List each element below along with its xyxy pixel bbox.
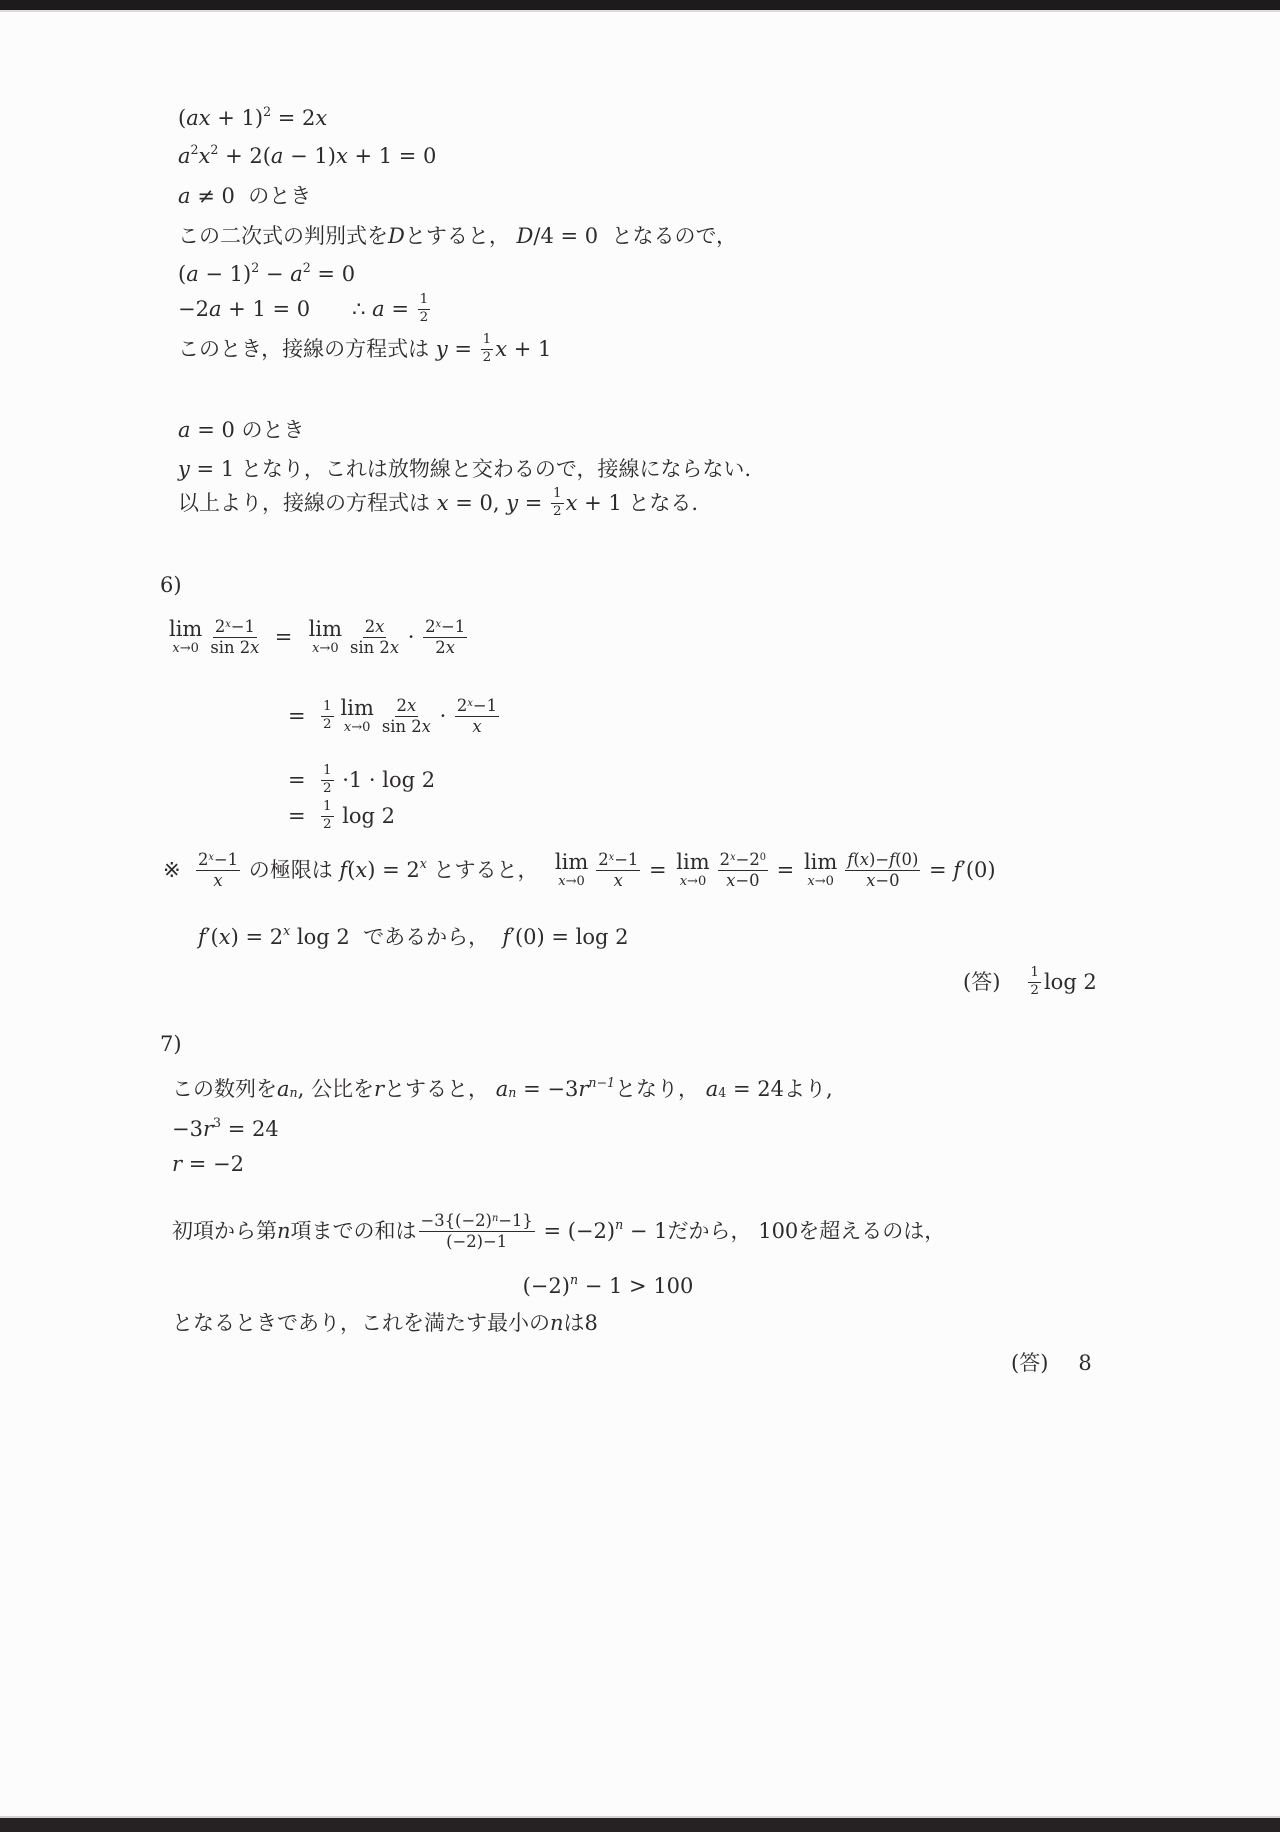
text-run: x — [680, 875, 687, 888]
text-run: − 1) — [199, 262, 252, 287]
text-run: 2 — [365, 618, 375, 635]
text-run: a — [271, 144, 284, 169]
text-run: − 1 — [623, 1219, 667, 1244]
fraction-numerator: 1 — [551, 487, 564, 504]
text-run: を超えるのは， — [798, 1219, 945, 1244]
text-run: ·1 · log 2 — [336, 768, 436, 793]
text-run: x — [312, 642, 319, 655]
limit-word: lim — [804, 852, 837, 873]
text-run: 2 — [420, 311, 429, 325]
text-run: y — [436, 337, 448, 362]
text-run: となるので， — [611, 224, 737, 249]
fraction-numerator: 2x−20 — [718, 851, 768, 871]
text-run: f — [502, 925, 510, 950]
text-run: 2 — [598, 851, 608, 868]
text-run: −0 — [875, 872, 899, 889]
text-run: = — [770, 858, 801, 883]
limit-line-2: = 12limx→02xsin 2x · 2x−1x — [288, 697, 501, 736]
text-run: −3{(−2) — [421, 1212, 492, 1229]
case-a-nonzero: a ≠ 0 のとき — [178, 184, 311, 209]
text-run — [489, 1077, 496, 1102]
text-run: = 2 — [271, 106, 315, 131]
text-run: = (−2) — [537, 1219, 615, 1244]
text-run: x — [213, 872, 222, 889]
text-run: −2 — [736, 851, 760, 868]
text-run: y — [506, 491, 518, 516]
text-run: 2 — [303, 260, 311, 275]
text-run: のとき — [248, 184, 311, 209]
fraction: f(x)−f(0)x−0 — [845, 851, 920, 889]
text-run: + 1 — [577, 491, 628, 516]
text-run: + 1 — [507, 337, 551, 362]
text-run: 2 — [397, 697, 407, 714]
limit-word: lim — [309, 619, 342, 640]
fraction-numerator: 1 — [321, 800, 334, 817]
limit-subscript: x→0 — [558, 875, 585, 888]
fraction: 2x−12x — [423, 618, 467, 657]
text-run: →0 — [687, 875, 706, 888]
text-run: + 1 = 0 — [222, 297, 311, 322]
fraction-denominator: 2 — [483, 350, 492, 366]
text-run: x — [344, 721, 351, 734]
limit-line-4: = 12 log 2 — [288, 800, 395, 832]
text-run: · — [401, 625, 421, 650]
text-run: = — [288, 704, 319, 729]
eq-r-value: r = −2 — [172, 1152, 244, 1177]
text-run: x — [407, 697, 416, 714]
text-run: r — [578, 1077, 588, 1102]
text-run: x — [283, 923, 290, 938]
text-run — [699, 1077, 706, 1102]
fraction-denominator: 2 — [420, 310, 429, 326]
text-run: + 1) — [211, 106, 264, 131]
fraction-numerator: f(x)−f(0) — [845, 851, 920, 871]
fraction-denominator: sin 2x — [350, 638, 399, 657]
text-run: x — [467, 699, 473, 709]
fraction-numerator: 2x−1 — [455, 697, 499, 717]
fraction-numerator: 2x−1 — [596, 851, 640, 871]
fraction-numerator: 1 — [321, 700, 334, 717]
text-run: →0 — [815, 875, 834, 888]
text-run: x — [860, 851, 869, 868]
text-run: x — [208, 853, 214, 863]
text-run: sin 2 — [210, 639, 250, 656]
text-run: log 2 — [290, 925, 363, 950]
text-run: ∴ — [352, 297, 372, 322]
limit-word: lim — [341, 698, 374, 719]
text-run: 2 — [198, 851, 208, 868]
fraction-denominator: 2 — [323, 781, 332, 797]
text-run: x — [437, 491, 449, 516]
text-run: a — [290, 262, 303, 287]
text-run: = — [288, 804, 319, 829]
text-run: = — [518, 491, 549, 516]
text-run: →0 — [180, 642, 199, 655]
text-run: a — [277, 1077, 290, 1102]
fraction: 12 — [321, 800, 334, 832]
fraction: 12 — [321, 700, 334, 732]
inequality: (−2)n − 1 > 100 — [0, 1274, 1216, 1299]
text-run: 2 — [553, 505, 562, 519]
text-run: x — [219, 925, 231, 950]
text-run: x — [336, 144, 348, 169]
text-run: 0 — [760, 853, 766, 863]
fraction: 12 — [551, 487, 564, 519]
text-run: n — [290, 1085, 298, 1100]
section-6-label: 6) — [160, 573, 182, 598]
text-run: x — [730, 853, 736, 863]
text-run: とすると， — [405, 224, 510, 249]
fraction: 12 — [1028, 966, 1041, 998]
text-run: 2 — [1030, 984, 1039, 998]
fraction-denominator: 2 — [553, 504, 562, 520]
text-run: 4 — [718, 1085, 726, 1100]
fraction-numerator: 1 — [1028, 966, 1041, 983]
text-run: 8 — [585, 1311, 598, 1336]
text-run: + 1 = 0 — [348, 144, 437, 169]
limit-word: lim — [169, 619, 202, 640]
text-run: 2 — [215, 618, 225, 635]
text-run: f — [339, 858, 347, 883]
text-run: (−2) — [523, 1274, 570, 1299]
text-run: ′(0) — [961, 858, 996, 883]
text-run: x — [422, 718, 431, 735]
text-run: となり， — [615, 1077, 699, 1102]
fraction-numerator: −3{(−2)n−1} — [419, 1212, 535, 1232]
text-run: r — [203, 1117, 213, 1142]
text-run: a — [496, 1077, 509, 1102]
sequence-setup: この数列をan, 公比をrとすると， an = −3rn−1となり， a4 = … — [172, 1077, 833, 1102]
fraction-denominator: sin 2x — [382, 717, 431, 736]
text-run: f — [198, 925, 206, 950]
text-run: 1 — [1030, 966, 1039, 980]
text-run: a — [178, 418, 191, 443]
eq-r-cubed: −3r3 = 24 — [172, 1117, 279, 1142]
text-run: だから， — [668, 1219, 752, 1244]
text-run: x — [726, 872, 735, 889]
text-run: 2 — [191, 142, 199, 157]
text-run: x — [446, 639, 455, 656]
eq-expanded-tangent: (ax + 1)2 = 2x — [178, 106, 327, 131]
limit-subscript: x→0 — [172, 642, 199, 655]
text-run: ≠ 0 — [191, 184, 249, 209]
a-zero-explanation: y = 1 となり，これは放物線と交わるので，接線にならない. — [178, 457, 751, 482]
text-run: a — [178, 144, 191, 169]
text-run: 項までの和は — [291, 1219, 417, 1244]
sum-formula: 初項から第n項までの和は−3{(−2)n−1}(−2)−1 = (−2)n − … — [172, 1212, 945, 1251]
text-run: は — [564, 1311, 585, 1336]
text-run: n — [508, 1085, 516, 1100]
fraction-denominator: (−2)−1 — [446, 1232, 507, 1251]
text-run: x — [436, 620, 442, 630]
case-a-zero: a = 0 のとき — [178, 418, 305, 443]
text-run: となるときであり，これを満たす最小の — [172, 1311, 550, 1336]
text-run — [510, 224, 517, 249]
text-run: ′( — [206, 925, 219, 950]
text-run: −1} — [498, 1212, 533, 1229]
text-run: となる. — [628, 491, 698, 516]
text-run: とすると， — [434, 858, 539, 883]
text-run: →0 — [319, 642, 338, 655]
fraction: 2x−1x — [596, 851, 640, 890]
text-run: 1 — [323, 800, 332, 814]
text-run: = 0, — [449, 491, 507, 516]
eq-solve-a: −2a + 1 = 0∴ a = 12 — [178, 293, 432, 325]
text-run: = 1 — [190, 457, 241, 482]
text-run: y — [178, 457, 190, 482]
text-run: 2 — [483, 351, 492, 365]
text-run — [427, 858, 434, 883]
text-run: 8 — [1078, 1351, 1091, 1376]
text-run: a — [186, 262, 199, 287]
fraction-denominator: x — [614, 871, 623, 890]
text-run: x — [250, 639, 259, 656]
limit-operator: limx→0 — [555, 852, 588, 888]
text-run: ax — [186, 106, 210, 131]
text-run: − — [259, 262, 290, 287]
fraction-numerator: 1 — [321, 764, 334, 781]
text-run: −0 — [735, 872, 759, 889]
text-run: 2 — [323, 782, 332, 796]
text-run: x — [172, 642, 179, 655]
text-run: x — [225, 620, 231, 630]
section-7-label: 7) — [160, 1032, 182, 1057]
text-run: · — [433, 704, 453, 729]
text-run: x — [199, 144, 211, 169]
text-run: = — [642, 858, 673, 883]
limit-operator: limx→0 — [676, 852, 709, 888]
note-limit-derivative: ※ 2x−1x の極限は f(x) = 2x とすると， limx→02x−1x… — [163, 851, 996, 890]
limit-operator: limx→0 — [341, 698, 374, 734]
text-run: となり，これは放物線と交わるので，接線にならない. — [241, 457, 751, 482]
fraction-numerator: 1 — [481, 333, 494, 350]
text-run: log 2 — [336, 804, 396, 829]
text-run: 初項から第 — [172, 1219, 277, 1244]
text-run: ′(0) = log 2 — [510, 925, 628, 950]
text-run: x — [495, 337, 507, 362]
fraction-numerator: 1 — [418, 293, 431, 310]
text-run: であるから， — [363, 925, 489, 950]
fraction-numerator: 2x — [363, 618, 387, 638]
text-run: a — [209, 297, 222, 322]
fraction: 2x−1x — [196, 851, 240, 890]
text-run: x — [390, 639, 399, 656]
text-run: r — [374, 1077, 384, 1102]
limit-subscript: x→0 — [807, 875, 834, 888]
text-run: n — [277, 1219, 291, 1244]
text-run: 2 — [425, 618, 435, 635]
text-run: = −2 — [182, 1152, 244, 1177]
fraction-denominator: 2x — [435, 638, 455, 657]
text-run: = — [922, 858, 953, 883]
text-run — [539, 858, 552, 883]
text-run: x — [558, 875, 565, 888]
text-run: sin 2 — [382, 718, 422, 735]
text-run: = 24 — [221, 1117, 279, 1142]
text-run: −1 — [441, 618, 465, 635]
text-run: 2 — [323, 818, 332, 832]
text-run: (−2)−1 — [446, 1233, 507, 1250]
text-run: n — [615, 1217, 623, 1232]
text-run: 2 — [210, 142, 218, 157]
text-run: = — [448, 337, 479, 362]
conclusion-problem5: 以上より，接線の方程式は x = 0, y = 12x + 1 となる. — [178, 487, 698, 519]
text-run: x — [614, 872, 623, 889]
text-run: (0) — [895, 851, 918, 868]
text-run: このとき，接線の方程式は — [178, 337, 436, 362]
text-run: ( — [178, 262, 186, 287]
text-run: →0 — [351, 721, 370, 734]
text-run: )− — [869, 851, 889, 868]
text-run: n — [550, 1311, 564, 1336]
limit-line-1: limx→02x−1sin 2x = limx→02xsin 2x · 2x−1… — [166, 618, 469, 657]
limit-operator: limx→0 — [169, 619, 202, 655]
text-run: D — [517, 224, 534, 249]
fraction-denominator: x — [213, 871, 222, 890]
text-run: −2 — [178, 297, 209, 322]
text-run: ) = 2 — [367, 858, 420, 883]
text-run: 3 — [213, 1115, 221, 1130]
text-run: ) = 2 — [231, 925, 284, 950]
fraction: 12 — [321, 764, 334, 796]
text-run: 2 — [263, 104, 271, 119]
derivative-evaluation: f′(x) = 2x log 2 であるから， f′(0) = log 2 — [198, 925, 629, 950]
text-run: この数列を — [172, 1077, 277, 1102]
limit-word: lim — [676, 852, 709, 873]
text-run: −1 — [473, 697, 497, 714]
text-run: /4 = 0 — [533, 224, 611, 249]
text-run: 1 — [323, 764, 332, 778]
text-run: とすると， — [384, 1077, 489, 1102]
text-run: n — [492, 1214, 498, 1224]
text-run: − 1) — [283, 144, 336, 169]
text-run: x — [420, 856, 427, 871]
fraction: −3{(−2)n−1}(−2)−1 — [419, 1212, 535, 1251]
fraction: 12 — [481, 333, 494, 365]
text-run: x — [807, 875, 814, 888]
text-run: のとき — [242, 418, 305, 443]
eq-quadratic: a2x2 + 2(a − 1)x + 1 = 0 — [178, 144, 436, 169]
text-run: 以上より，接線の方程式は — [178, 491, 437, 516]
fraction-numerator: 2x — [395, 697, 419, 717]
text-run: D — [388, 224, 405, 249]
text-run: f — [953, 858, 961, 883]
text-run: x — [315, 106, 327, 131]
text-run: ( — [178, 106, 186, 131]
eq-discriminant-expanded: (a − 1)2 − a2 = 0 — [178, 262, 355, 287]
answer-problem6: (答)12log 2 — [963, 966, 1097, 998]
limit-operator: limx→0 — [309, 619, 342, 655]
text-run: x — [609, 853, 615, 863]
text-run: log 2 — [1044, 970, 1097, 995]
limit-subscript: x→0 — [312, 642, 339, 655]
text-run: −3 — [172, 1117, 203, 1142]
fraction-denominator: x — [472, 717, 481, 736]
fraction: 2x−20x−0 — [718, 851, 768, 890]
fraction: 12 — [418, 293, 431, 325]
text-run: = 0 — [191, 418, 242, 443]
text-run: x — [375, 618, 384, 635]
text-run: = — [288, 768, 319, 793]
fraction: 2xsin 2x — [350, 618, 399, 656]
limit-word: lim — [555, 852, 588, 873]
fraction-denominator: sin 2x — [210, 638, 259, 657]
fraction-numerator: 2x−1 — [196, 851, 240, 871]
text-run: = — [385, 297, 416, 322]
text-run: より, — [784, 1077, 833, 1102]
text-run: = −3 — [516, 1077, 578, 1102]
text-run: sin 2 — [350, 639, 390, 656]
text-run: a — [706, 1077, 719, 1102]
text-run: 1 — [323, 700, 332, 714]
text-run: x — [866, 872, 875, 889]
tangent-equation-result: このとき，接線の方程式は y = 12x + 1 — [178, 333, 551, 365]
fraction: 2x−1sin 2x — [210, 618, 259, 657]
text-run: = 0 — [311, 262, 355, 287]
text-run: n — [570, 1272, 578, 1287]
text-run: = 24 — [726, 1077, 784, 1102]
text-run: 1 — [420, 293, 429, 307]
answer-problem7: (答)8 — [1011, 1351, 1092, 1376]
text-run: , — [298, 1077, 311, 1102]
text-run: 100 — [752, 1219, 799, 1244]
text-run: (答) — [963, 970, 1000, 995]
bottom-edge-bar — [0, 1818, 1280, 1832]
text-run: x — [472, 718, 481, 735]
fraction: 2x−1x — [455, 697, 499, 736]
text-run: = — [261, 625, 305, 650]
text-run: ※ — [163, 858, 194, 883]
limit-subscript: x→0 — [680, 875, 707, 888]
text-run: 7) — [160, 1032, 182, 1057]
text-run: →0 — [566, 875, 585, 888]
text-run: x — [355, 858, 367, 883]
text-run: −1 — [214, 851, 238, 868]
fraction-numerator: 2x−1 — [213, 618, 257, 638]
text-run: + 2( — [218, 144, 271, 169]
text-run: −1 — [614, 851, 638, 868]
text-run: −1 — [231, 618, 255, 635]
discriminant-statement: この二次式の判別式をDとすると， D/4 = 0 となるので， — [178, 224, 737, 249]
text-run: ( — [347, 858, 355, 883]
text-run: 2 — [435, 639, 445, 656]
text-run: 6) — [160, 573, 182, 598]
text-run: − 1 > 100 — [578, 1274, 693, 1299]
text-run: 2 — [251, 260, 259, 275]
text-run: a — [178, 184, 191, 209]
fraction-denominator: 2 — [323, 817, 332, 833]
text-run: n−1 — [588, 1075, 615, 1090]
text-run: 公比を — [311, 1077, 374, 1102]
limit-subscript: x→0 — [344, 721, 371, 734]
fraction-denominator: 2 — [323, 717, 332, 733]
fraction-numerator: 2x−1 — [423, 618, 467, 638]
text-run — [489, 925, 502, 950]
fraction-denominator: 2 — [1030, 983, 1039, 999]
document-content: (ax + 1)2 = 2xa2x2 + 2(a − 1)x + 1 = 0a … — [0, 0, 1280, 1832]
text-run: 1 — [553, 487, 562, 501]
text-run: 2 — [457, 697, 467, 714]
text-run: (答) — [1011, 1351, 1048, 1376]
text-run: a — [372, 297, 385, 322]
limit-line-3: = 12 ·1 · log 2 — [288, 764, 435, 796]
fraction-denominator: x−0 — [726, 871, 759, 890]
min-n-statement: となるときであり，これを満たす最小のnは8 — [172, 1311, 598, 1336]
text-run: x — [566, 491, 578, 516]
text-run: r — [172, 1152, 182, 1177]
text-run: この二次式の判別式を — [178, 224, 388, 249]
text-run: 2 — [323, 718, 332, 732]
